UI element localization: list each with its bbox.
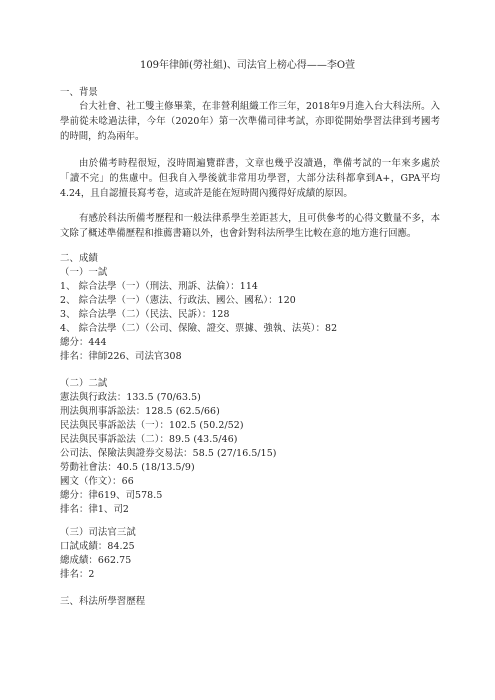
section-heading-background: 一、背景: [60, 87, 98, 99]
second-exam-item: 刑法與刑事訴訟法：128.5 (62.5/66): [60, 406, 220, 418]
second-exam-total: 總分：律619、司578.5: [60, 490, 162, 502]
background-paragraph-3: 有感於科法所備考歷程和一般法律系學生差距甚大，且可供參考的心得文數量不多，本文除…: [60, 211, 440, 241]
first-exam-heading: （一）一試: [60, 267, 107, 279]
second-exam-item: 國文（作文）：66: [60, 476, 134, 488]
third-exam-rank: 排名：2: [60, 569, 95, 581]
second-exam-heading: （二）二試: [60, 378, 107, 390]
second-exam-rank: 排名：律1、司2: [60, 504, 129, 516]
section-heading-scores: 二、成績: [60, 253, 98, 265]
first-exam-item: 1、 綜合法學（一）（刑法、刑訴、法倫）：114: [60, 281, 258, 293]
second-exam-item: 憲法與行政法：133.5 (70/63.5): [60, 392, 201, 404]
third-exam-heading: （三）司法官三試: [60, 527, 136, 539]
second-exam-item: 民法與民事訴訟法（二）：89.5 (43.5/46): [60, 434, 238, 446]
first-exam-total: 總分：444: [60, 337, 107, 349]
first-exam-item: 4、 綜合法學（二）（公司、保險、證交、票據、強執、法英）：82: [60, 323, 337, 335]
third-exam-oral: 口試成績：84.25: [60, 541, 135, 553]
document-title: 109年律師(勞社組)、司法官上榜心得——李O萱: [0, 60, 495, 72]
section-heading-study: 三、科法所學習歷程: [60, 596, 145, 608]
background-paragraph-2: 由於備考時程很短，沒時間遍覽群書，文章也幾乎沒讀過，準備考試的一年來多處於「讀不…: [60, 156, 440, 201]
second-exam-item: 公司法、保險法與證券交易法：58.5 (27/16.5/15): [60, 448, 277, 460]
first-exam-item: 2、 綜合法學（一）（憲法、行政法、國公、國私）：120: [60, 295, 296, 307]
first-exam-item: 3、 綜合法學（二）（民法、民訴）：128: [60, 309, 230, 321]
first-exam-rank: 排名：律師226、司法官308: [60, 351, 182, 363]
background-paragraph-1: 台大社會、社工雙主修畢業，在非營利組織工作三年，2018年9月進入台大科法所。入…: [60, 99, 440, 144]
second-exam-item: 民法與民事訴訟法（一）：102.5 (50.2/52): [60, 420, 244, 432]
third-exam-total: 總成績：662.75: [60, 555, 131, 567]
second-exam-item: 勞動社會法：40.5 (18/13.5/9): [60, 462, 195, 474]
